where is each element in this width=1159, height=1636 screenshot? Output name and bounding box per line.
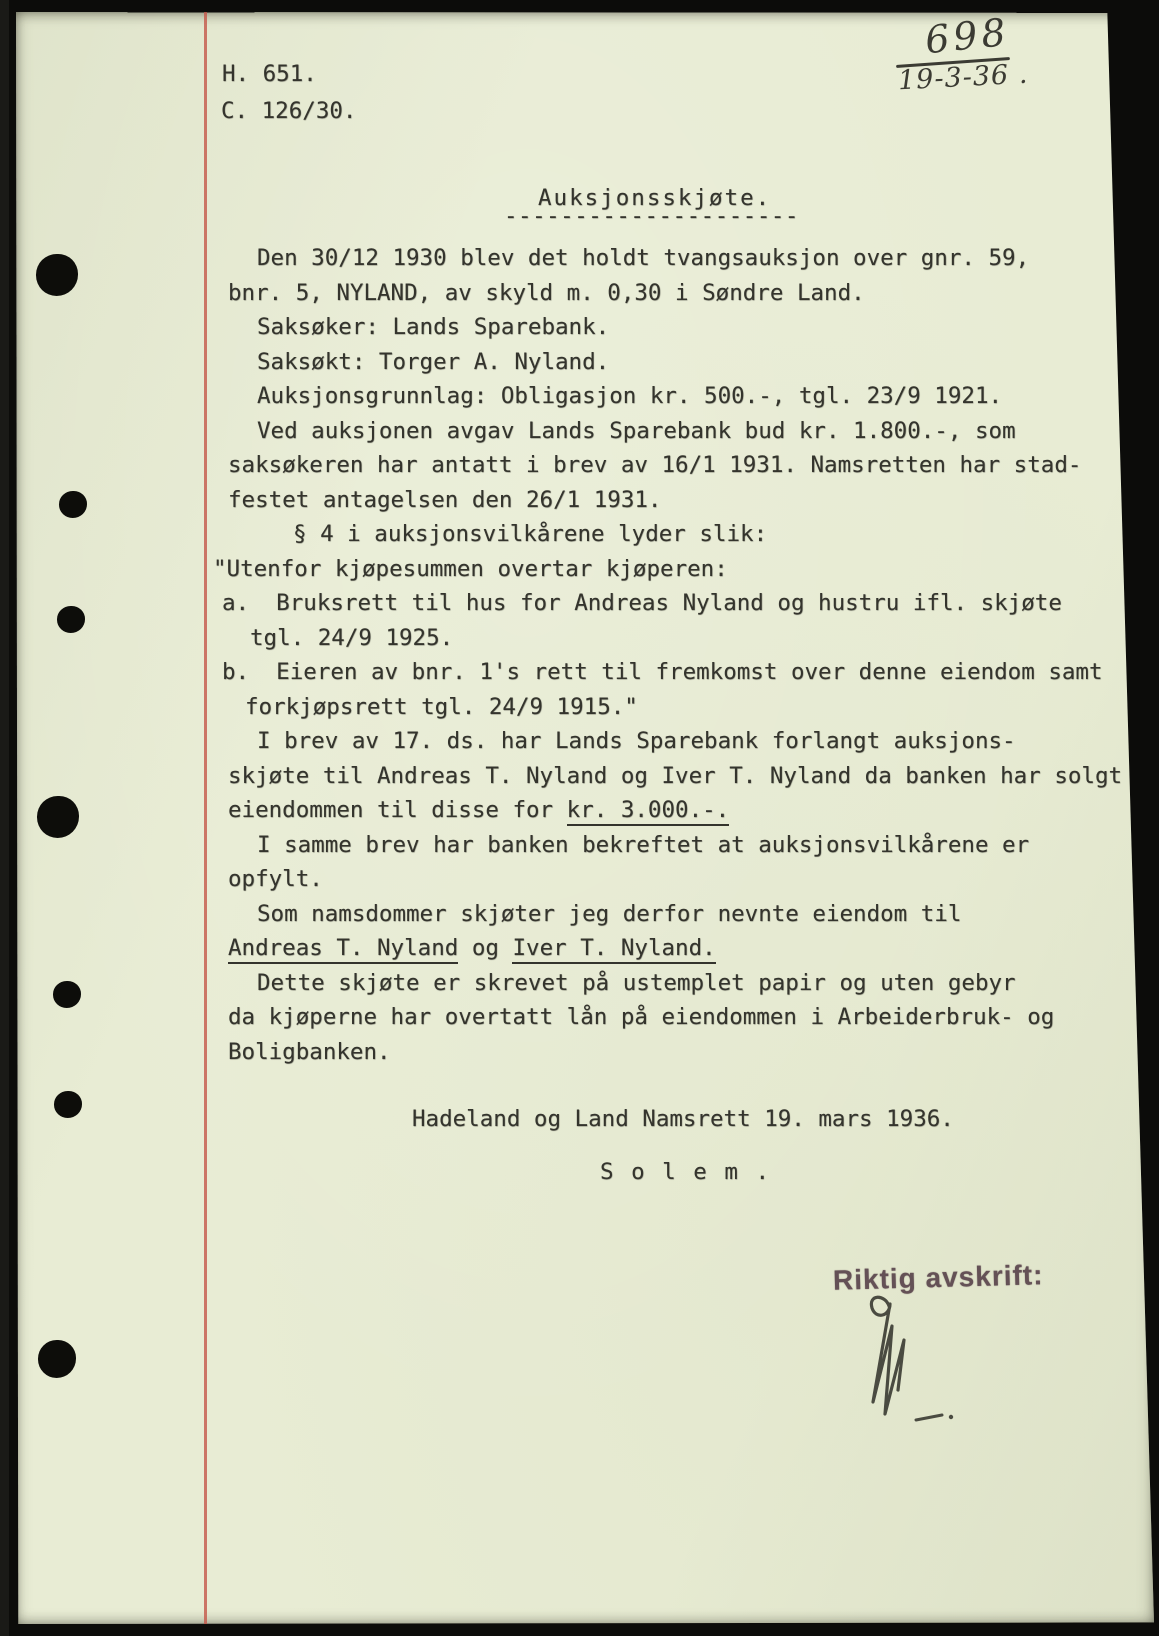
text-segment: Dette skjøte er skrevet på ustemplet pap…: [257, 970, 1016, 996]
text-segment: Ved auksjonen avgav Lands Sparebank bud …: [257, 418, 1016, 444]
text-segment: Den 30/12 1930 blev det holdt tvangsauks…: [257, 245, 1029, 271]
text-segment: bnr. 5, NYLAND, av skyld m. 0,30 i Søndr…: [228, 280, 865, 306]
text-segment: Saksøker: Lands Sparebank.: [257, 314, 609, 340]
punch-hole: [59, 491, 87, 518]
document-line: tgl. 24/9 1925.: [250, 624, 453, 652]
dateline: Hadeland og Land Namsrett 19. mars 1936.: [412, 1105, 954, 1133]
text-segment: I samme brev har banken bekreftet at auk…: [257, 832, 1029, 858]
document-line: Andreas T. Nyland og Iver T. Nyland.: [228, 934, 716, 962]
underlined-text: Andreas T. Nyland: [228, 935, 458, 964]
text-segment: forkjøpsrett tgl. 24/9 1915.": [245, 694, 638, 720]
document-line: § 4 i auksjonsvilkårene lyder slik:: [293, 520, 767, 548]
document-line: Dette skjøte er skrevet på ustemplet pap…: [257, 969, 1016, 997]
document-line: Den 30/12 1930 blev det holdt tvangsauks…: [257, 244, 1029, 272]
text-segment: skjøte til Andreas T. Nyland og Iver T. …: [228, 763, 1122, 789]
document-line: opfylt.: [228, 865, 323, 893]
document-line: Ved auksjonen avgav Lands Sparebank bud …: [257, 417, 1016, 445]
text-segment: "Utenfor kjøpesummen overtar kjøperen:: [213, 556, 728, 582]
document-line: Som namsdommer skjøter jeg derfor nevnte…: [257, 900, 961, 928]
text-segment: opfylt.: [228, 866, 323, 892]
document-line: bnr. 5, NYLAND, av skyld m. 0,30 i Søndr…: [228, 279, 865, 307]
document-line: b. Eieren av bnr. 1's rett til fremkomst…: [222, 658, 1103, 686]
text-segment: Auksjonsgrunnlag: Obligasjon kr. 500.-, …: [257, 383, 1002, 409]
margin-ruled-line: [204, 12, 207, 1624]
document-line: Boligbanken.: [228, 1038, 391, 1066]
case-ref-h: H. 651.: [222, 60, 317, 88]
scanned-archive-page: { "document": { "ref_top_left": { "line1…: [0, 0, 1159, 1636]
document-line: Auksjonsgrunnlag: Obligasjon kr. 500.-, …: [257, 382, 1002, 410]
text-segment: Saksøkt: Torger A. Nyland.: [257, 349, 609, 375]
document-line: forkjøpsrett tgl. 24/9 1915.": [245, 693, 638, 721]
document-line: skjøte til Andreas T. Nyland og Iver T. …: [228, 762, 1122, 790]
punch-hole: [37, 796, 79, 838]
punch-hole: [57, 606, 85, 633]
text-segment: eiendommen til disse for: [228, 797, 567, 823]
underlined-text: Iver T. Nyland.: [512, 935, 715, 964]
document-line: I brev av 17. ds. har Lands Sparebank fo…: [257, 727, 1016, 755]
case-ref-c: C. 126/30.: [221, 97, 356, 125]
underlined-text: kr. 3.000.-.: [567, 797, 730, 826]
document-line: I samme brev har banken bekreftet at auk…: [257, 831, 1029, 859]
text-segment: Som namsdommer skjøter jeg derfor nevnte…: [257, 901, 961, 927]
signer-name: S o l e m .: [600, 1158, 771, 1186]
text-segment: § 4 i auksjonsvilkårene lyder slik:: [293, 521, 767, 547]
text-segment: da kjøperne har overtatt lån på eiendomm…: [228, 1004, 1054, 1030]
document-line: "Utenfor kjøpesummen overtar kjøperen:: [213, 555, 728, 583]
text-segment: tgl. 24/9 1925.: [250, 625, 453, 651]
scan-edge-strip: [0, 0, 9, 1636]
text-segment: og: [458, 935, 512, 961]
text-segment: a. Bruksrett til hus for Andreas Nyland …: [222, 590, 1062, 616]
punch-hole: [53, 981, 81, 1008]
punch-hole: [36, 254, 78, 296]
document-line: saksøkeren har antatt i brev av 16/1 193…: [228, 451, 1081, 479]
document-line: festet antagelsen den 26/1 1931.: [228, 486, 661, 514]
document-line: Saksøker: Lands Sparebank.: [257, 313, 609, 341]
document-line: a. Bruksrett til hus for Andreas Nyland …: [222, 589, 1062, 617]
document-line: da kjøperne har overtatt lån på eiendomm…: [228, 1003, 1054, 1031]
signature-icon: [852, 1292, 1002, 1442]
text-segment: b. Eieren av bnr. 1's rett til fremkomst…: [222, 659, 1103, 685]
text-segment: I brev av 17. ds. har Lands Sparebank fo…: [257, 728, 1016, 754]
text-segment: saksøkeren har antatt i brev av 16/1 193…: [228, 452, 1081, 478]
punch-hole: [38, 1340, 76, 1378]
text-segment: festet antagelsen den 26/1 1931.: [228, 487, 661, 513]
document-line: Saksøkt: Torger A. Nyland.: [257, 348, 609, 376]
text-segment: Boligbanken.: [228, 1039, 391, 1065]
punch-hole: [54, 1091, 82, 1118]
title-underline-dashes: ---------------------: [504, 202, 799, 230]
document-line: eiendommen til disse for kr. 3.000.-.: [228, 796, 729, 824]
handwritten-journal-number: 698: [923, 10, 1012, 63]
